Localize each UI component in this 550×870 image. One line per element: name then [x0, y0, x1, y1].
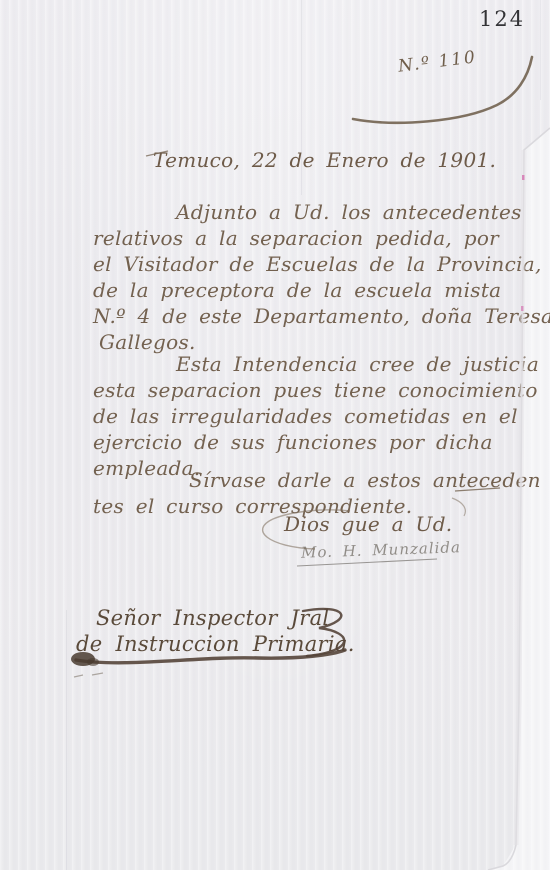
body-line: de las irregularidades cometidas en el [93, 404, 518, 428]
body-line: relativos a la separacion pedida, por [93, 226, 499, 250]
body-line: empleada. [93, 456, 201, 480]
body-line: Gallegos. [99, 330, 196, 354]
dateline: Temuco, 22 de Enero de 1901. [153, 148, 496, 172]
body-line: ejercicio de sus funciones por dicha [93, 430, 493, 454]
body-line: Adjunto a Ud. los antecedentes [176, 200, 522, 224]
addressee-line: de Instruccion Primaria. [76, 632, 355, 656]
folio-number: 124 [479, 7, 525, 31]
closing-formula: Dios gue a Ud. [284, 512, 452, 536]
body-line: N.º 4 de este Departamento, doña Teresa [93, 304, 550, 328]
body-line: el Visitador de Escuelas de la Provincia… [93, 252, 542, 276]
addressee-line: Señor Inspector Jral [96, 606, 329, 630]
body-line: Esta Intendencia cree de justicia [176, 352, 539, 376]
scanned-letter-page: 124 N.º 110 Temuco, 22 de Enero de 1901.… [0, 0, 550, 870]
body-line: Sírvase darle a estos anteceden [189, 468, 541, 492]
body-line: de la preceptora de la escuela mista [93, 278, 501, 302]
body-line: esta separacion pues tiene conocimiento [93, 378, 538, 402]
